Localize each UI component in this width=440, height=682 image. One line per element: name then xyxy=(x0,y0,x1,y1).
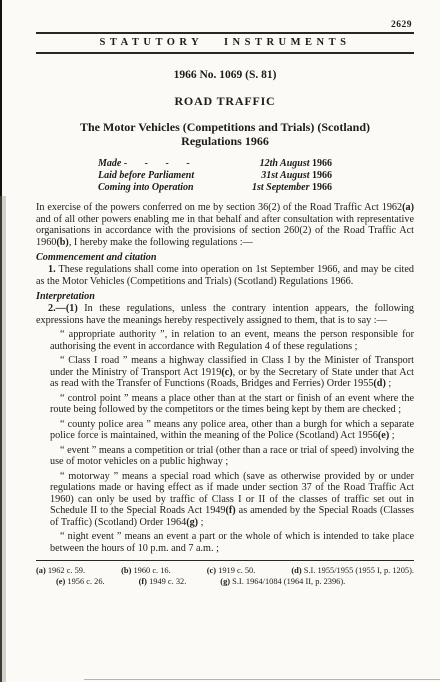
footnote-f: (f) 1949 c. 32. xyxy=(139,577,187,588)
date-label: Laid before Parliament xyxy=(98,170,194,182)
scan-smudge xyxy=(0,196,6,682)
section-heading-commencement: Commencement and citation xyxy=(36,252,414,264)
regulation-2-paragraph: 2.—(1) In these regulations, unless the … xyxy=(36,303,414,326)
page-number: 2629 xyxy=(36,20,414,30)
definition-event: “ event ” means a competition or trial (… xyxy=(50,445,414,468)
footnote-d: (d) S.I. 1955/1955 (1955 I, p. 1205). xyxy=(291,566,414,577)
preamble-paragraph: In exercise of the powers conferred on m… xyxy=(36,202,414,248)
date-value: 1st September 1966 xyxy=(252,182,332,194)
date-value: 31st August 1966 xyxy=(261,170,332,182)
statutory-instruments-heading: STATUTORY INSTRUMENTS xyxy=(36,34,414,50)
section-heading-interpretation: Interpretation xyxy=(36,291,414,303)
footnote-c: (c) 1919 c. 50. xyxy=(207,566,256,577)
definition-class-i-road: “ Class I road ” means a highway classif… xyxy=(50,355,414,390)
si-number: 1966 No. 1069 (S. 81) xyxy=(36,69,414,81)
si-document-page: 2629 STATUTORY INSTRUMENTS 1966 No. 1069… xyxy=(0,0,440,682)
definition-appropriate-authority: “ appropriate authority ”, in relation t… xyxy=(50,329,414,352)
definition-night-event: “ night event ” means an event a part or… xyxy=(50,531,414,554)
regulation-1-paragraph: 1. These regulations shall come into ope… xyxy=(36,264,414,287)
footnote-g: (g) S.I. 1964/1084 (1964 II, p. 2396). xyxy=(220,577,345,588)
regulation-title: The Motor Vehicles (Competitions and Tri… xyxy=(36,120,414,148)
header-banner: STATUTORY INSTRUMENTS xyxy=(36,32,414,54)
date-label: Made - - - - xyxy=(98,158,190,170)
date-label: Coming into Operation xyxy=(98,182,194,194)
definition-control-point: “ control point ” means a place other th… xyxy=(50,393,414,416)
title-line-1: The Motor Vehicles (Competitions and Tri… xyxy=(80,120,370,134)
header-rule-bottom xyxy=(36,52,414,54)
footnote-a: (a) 1962 c. 59. xyxy=(36,566,85,577)
date-value: 12th August 1966 xyxy=(260,158,332,170)
footnote-rule xyxy=(36,560,414,561)
footnote-e: (e) 1956 c. 26. xyxy=(56,577,105,588)
date-row-laid-before-parliament: Laid before Parliament 31st August 1966 xyxy=(98,170,332,182)
date-row-coming-into-operation: Coming into Operation 1st September 1966 xyxy=(98,182,332,194)
footnote-b: (b) 1960 c. 16. xyxy=(121,566,171,577)
definition-county-police-area: “ county police area ” means any police … xyxy=(50,419,414,442)
scan-edge-bottom xyxy=(84,679,440,680)
dates-table: Made - - - - 12th August 1966 Laid befor… xyxy=(98,158,332,193)
definition-motorway: “ motorway ” means a special road which … xyxy=(50,471,414,529)
footnote-line-2: (e) 1956 c. 26. (f) 1949 c. 32. (g) S.I.… xyxy=(56,577,414,588)
subject-heading: ROAD TRAFFIC xyxy=(36,94,414,109)
title-line-2: Regulations 1966 xyxy=(181,134,269,148)
date-row-made: Made - - - - 12th August 1966 xyxy=(98,158,332,170)
footnotes-block: (a) 1962 c. 59. (b) 1960 c. 16. (c) 1919… xyxy=(36,560,414,587)
footnote-line-1: (a) 1962 c. 59. (b) 1960 c. 16. (c) 1919… xyxy=(36,566,414,577)
